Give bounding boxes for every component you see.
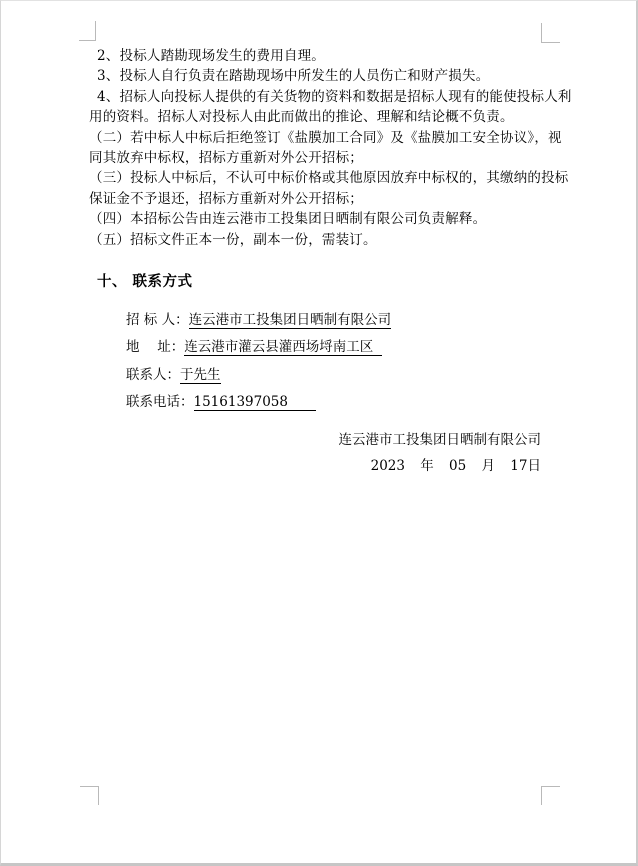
body-text-line: 保证金不予退还，招标方重新对外公开招标； [89, 189, 572, 209]
contact-value-underlined: 15161397058 [194, 394, 316, 411]
body-text-line: （二）若中标人中标后拒绝签订《盐膜加工合同》及《盐膜加工安全协议》，视 [89, 128, 572, 148]
document-page: 2、投标人踏勘现场发生的费用自理。 3、投标人自行负责在踏勘现场中所发生的人员伤… [0, 0, 638, 866]
margin-crop-mark-bottom-left [80, 786, 99, 805]
signature-company: 连云港市工投集团日晒制有限公司 [89, 427, 541, 453]
margin-crop-mark-top-right [541, 23, 560, 43]
body-text-line: 同其放弃中标权，招标方重新对外公开招标； [89, 148, 572, 168]
margin-crop-mark-top-left [79, 21, 96, 41]
body-text-line: 4、招标人向投标人提供的有关货物的资料和数据是招标人现有的能使投标人利 [89, 87, 572, 107]
contact-block: 招 标 人：连云港市工投集团日晒制有限公司 地 址：连云港市灌云县灌西场埒南工区… [126, 307, 391, 417]
contact-row-person: 联系人：于先生 [126, 362, 391, 389]
contact-row-phone: 联系电话：15161397058 [126, 389, 391, 416]
body-text-line: （四）本招标公告由连云港市工投集团日晒制有限公司负责解释。 [89, 209, 572, 229]
body-text-line: 2、投标人踏勘现场发生的费用自理。 [89, 46, 572, 66]
contact-label: 招 标 人： [126, 312, 189, 328]
body-text: 2、投标人踏勘现场发生的费用自理。 3、投标人自行负责在踏勘现场中所发生的人员伤… [89, 46, 572, 250]
contact-label: 联系电话： [126, 394, 194, 410]
contact-value-underlined: 连云港市灌云县灌西场埒南工区 [184, 339, 382, 356]
contact-row-tenderee: 招 标 人：连云港市工投集团日晒制有限公司 [126, 307, 391, 334]
signature-block: 连云港市工投集团日晒制有限公司 2023 年 05 月 17日 [89, 427, 541, 479]
contact-label: 联系人： [126, 367, 180, 383]
body-text-line: （三）投标人中标后，不认可中标价格或其他原因放弃中标权的，其缴纳的投标 [89, 168, 572, 188]
contact-label: 地 址： [126, 339, 184, 355]
contact-value-underlined: 于先生 [180, 367, 221, 384]
signature-date: 2023 年 05 月 17日 [89, 453, 541, 479]
body-text-line: 用的资料。招标人对投标人由此而做出的推论、理解和结论概不负责。 [89, 107, 572, 127]
margin-crop-mark-bottom-right [541, 786, 560, 805]
contact-row-address: 地 址：连云港市灌云县灌西场埒南工区 [126, 334, 391, 361]
body-text-line: （五）招标文件正本一份，副本一份，需装订。 [89, 230, 572, 250]
section-heading: 十、 联系方式 [97, 270, 193, 291]
body-text-line: 3、投标人自行负责在踏勘现场中所发生的人员伤亡和财产损失。 [89, 66, 572, 86]
contact-value-underlined: 连云港市工投集团日晒制有限公司 [189, 312, 392, 329]
